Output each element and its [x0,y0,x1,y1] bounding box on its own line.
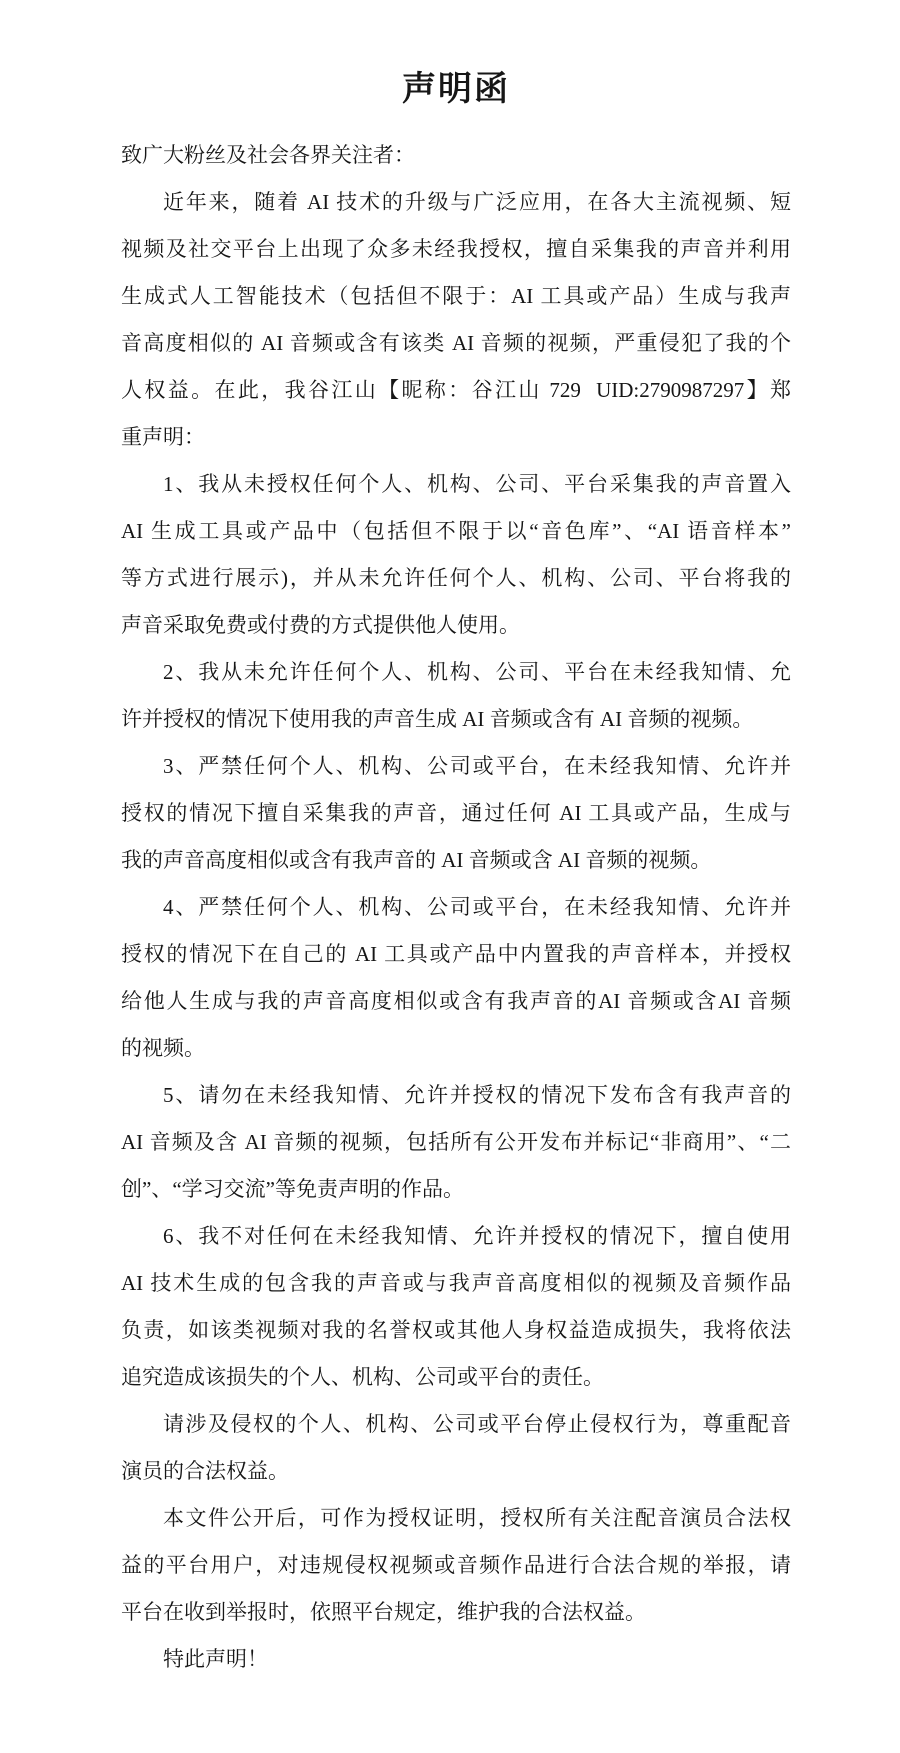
document-content: 声明函 致广大粉丝及社会各界关注者： 近年来，随着 AI 技术的升级与广泛应用，… [0,0,900,1683]
paragraph-line: 生成式人工智能技术（包括但不限于：AI 工具或产品）生成与我声 [121,273,791,320]
paragraph-line: AI 生成工具或产品中（包括但不限于以“音色库”、“AI 语音样本” [121,508,791,555]
paragraph-line: 音高度相似的 AI 音频或含有该类 AI 音频的视频，严重侵犯了我的个 [121,320,791,367]
paragraph-line: 授权的情况下擅自采集我的声音，通过任何 AI 工具或产品，生成与 [121,790,791,837]
paragraph-line: 人权益。在此，我谷江山【昵称：谷江山 729 UID:2790987297】郑 [121,367,791,414]
paragraph-line: 创”、“学习交流”等免责声明的作品。 [121,1166,791,1213]
paragraph-line: 6、我不对任何在未经我知情、允许并授权的情况下，擅自使用 [121,1213,791,1260]
paragraph-line: 给他人生成与我的声音高度相似或含有我声音的AI 音频或含AI 音频 [121,978,791,1025]
paragraph-line: 5、请勿在未经我知情、允许并授权的情况下发布含有我声音的 [121,1072,791,1119]
paragraph: 2、我从未允许任何个人、机构、公司、平台在未经我知情、允许并授权的情况下使用我的… [121,649,791,743]
paragraph: 4、严禁任何个人、机构、公司或平台，在未经我知情、允许并授权的情况下在自己的 A… [121,884,791,1072]
paragraph-line: 演员的合法权益。 [121,1448,791,1495]
paragraph: 6、我不对任何在未经我知情、允许并授权的情况下，擅自使用AI 技术生成的包含我的… [121,1213,791,1401]
paragraph: 请涉及侵权的个人、机构、公司或平台停止侵权行为，尊重配音演员的合法权益。 [121,1401,791,1495]
paragraph-line: 负责，如该类视频对我的名誉权或其他人身权益造成损失，我将依法 [121,1307,791,1354]
paragraph-line: 平台在收到举报时，依照平台规定，维护我的合法权益。 [121,1589,791,1636]
paragraph-line: 3、严禁任何个人、机构、公司或平台，在未经我知情、允许并 [121,743,791,790]
paragraph: 5、请勿在未经我知情、允许并授权的情况下发布含有我声音的AI 音频及含 AI 音… [121,1072,791,1213]
paragraph-line: 本文件公开后，可作为授权证明，授权所有关注配音演员合法权 [121,1495,791,1542]
paragraph-line: 益的平台用户，对违规侵权视频或音频作品进行合法合规的举报，请 [121,1542,791,1589]
paragraph: 特此声明！ [121,1636,791,1683]
paragraph-line: 追究造成该损失的个人、机构、公司或平台的责任。 [121,1354,791,1401]
paragraph-line: 重声明： [121,414,791,461]
paragraph-line: AI 音频及含 AI 音频的视频，包括所有公开发布并标记“非商用”、“二 [121,1119,791,1166]
paragraph-line: 许并授权的情况下使用我的声音生成 AI 音频或含有 AI 音频的视频。 [121,696,791,743]
document-body: 近年来，随着 AI 技术的升级与广泛应用，在各大主流视频、短视频及社交平台上出现… [121,179,791,1683]
paragraph: 3、严禁任何个人、机构、公司或平台，在未经我知情、允许并授权的情况下擅自采集我的… [121,743,791,884]
paragraph-line: 请涉及侵权的个人、机构、公司或平台停止侵权行为，尊重配音 [121,1401,791,1448]
paragraph-line: 2、我从未允许任何个人、机构、公司、平台在未经我知情、允 [121,649,791,696]
paragraph-line: 授权的情况下在自己的 AI 工具或产品中内置我的声音样本，并授权 [121,931,791,978]
paragraph-line: 的视频。 [121,1025,791,1072]
paragraph-line: 特此声明！ [121,1636,791,1683]
paragraph-line: 近年来，随着 AI 技术的升级与广泛应用，在各大主流视频、短 [121,179,791,226]
paragraph: 近年来，随着 AI 技术的升级与广泛应用，在各大主流视频、短视频及社交平台上出现… [121,179,791,461]
paragraph: 1、我从未授权任何个人、机构、公司、平台采集我的声音置入AI 生成工具或产品中（… [121,461,791,649]
paragraph-line: 声音采取免费或付费的方式提供他人使用。 [121,602,791,649]
paragraph-line: 视频及社交平台上出现了众多未经我授权，擅自采集我的声音并利用 [121,226,791,273]
document-page: 声明函 致广大粉丝及社会各界关注者： 近年来，随着 AI 技术的升级与广泛应用，… [0,0,900,1753]
paragraph-line: 我的声音高度相似或含有我声音的 AI 音频或含 AI 音频的视频。 [121,837,791,884]
document-title: 声明函 [121,64,791,116]
paragraph: 本文件公开后，可作为授权证明，授权所有关注配音演员合法权益的平台用户，对违规侵权… [121,1495,791,1636]
paragraph-line: 4、严禁任何个人、机构、公司或平台，在未经我知情、允许并 [121,884,791,931]
paragraph-line: 等方式进行展示)，并从未允许任何个人、机构、公司、平台将我的 [121,555,791,602]
salutation: 致广大粉丝及社会各界关注者： [121,132,791,179]
paragraph-line: 1、我从未授权任何个人、机构、公司、平台采集我的声音置入 [121,461,791,508]
paragraph-line: AI 技术生成的包含我的声音或与我声音高度相似的视频及音频作品 [121,1260,791,1307]
